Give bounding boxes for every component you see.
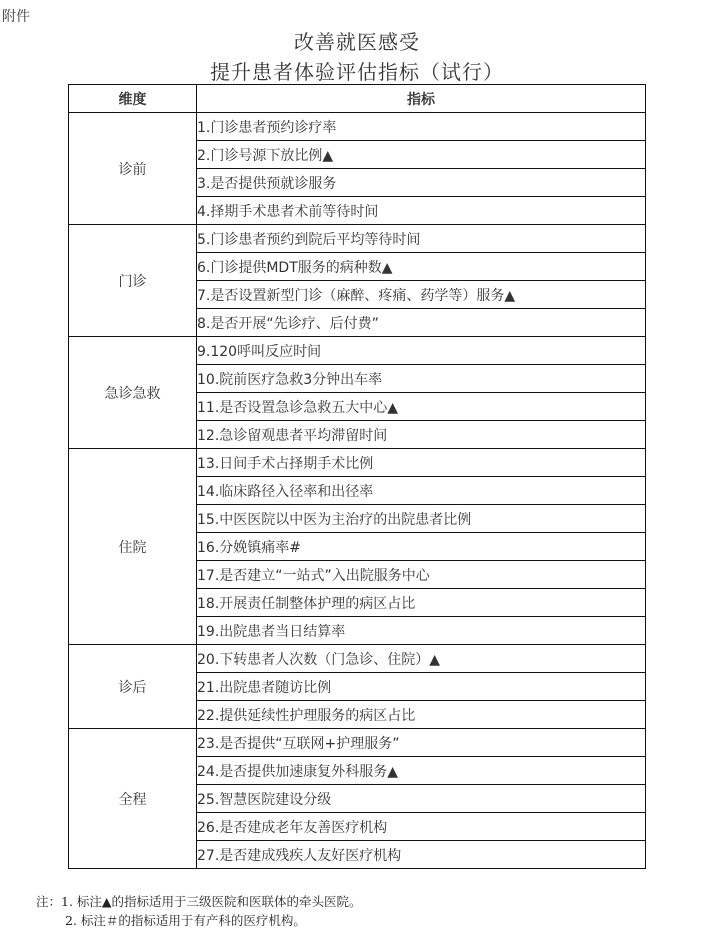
table-row: 住院 13.日间手术占择期手术比例 <box>69 449 646 477</box>
indicator-cell: 2.门诊号源下放比例▲ <box>197 141 646 169</box>
indicator-cell: 11.是否设置急诊急救五大中心▲ <box>197 393 646 421</box>
indicator-cell: 14.临床路径入径率和出径率 <box>197 477 646 505</box>
indicator-cell: 7.是否设置新型门诊（麻醉、疼痛、药学等）服务▲ <box>197 281 646 309</box>
dimension-cell: 住院 <box>69 449 197 645</box>
dimension-cell: 诊后 <box>69 645 197 729</box>
indicator-cell: 3.是否提供预就诊服务 <box>197 169 646 197</box>
indicator-cell: 23.是否提供“互联网+护理服务” <box>197 729 646 757</box>
indicator-cell: 6.门诊提供MDT服务的病种数▲ <box>197 253 646 281</box>
table-row: 全程 23.是否提供“互联网+护理服务” <box>69 729 646 757</box>
indicator-cell: 8.是否开展“先诊疗、后付费” <box>197 309 646 337</box>
indicator-cell: 21.出院患者随访比例 <box>197 673 646 701</box>
indicator-cell: 12.急诊留观患者平均滞留时间 <box>197 421 646 449</box>
indicator-cell: 27.是否建成残疾人友好医疗机构 <box>197 841 646 869</box>
header-indicator: 指标 <box>197 85 646 113</box>
dimension-cell: 门诊 <box>69 225 197 337</box>
indicator-cell: 13.日间手术占择期手术比例 <box>197 449 646 477</box>
footnotes: 注：1. 标注▲的指标适用于三级医院和医联体的牵头医院。 2. 标注＃的指标适用… <box>36 892 362 930</box>
indicator-cell: 15.中医医院以中医为主治疗的出院患者比例 <box>197 505 646 533</box>
footnote-2: 2. 标注＃的指标适用于有产科的医疗机构。 <box>36 911 362 930</box>
indicator-cell: 22.提供延续性护理服务的病区占比 <box>197 701 646 729</box>
indicator-cell: 5.门诊患者预约到院后平均等待时间 <box>197 225 646 253</box>
document-title-line1: 改善就医感受 <box>0 26 714 55</box>
indicator-cell: 25.智慧医院建设分级 <box>197 785 646 813</box>
dimension-cell: 诊前 <box>69 113 197 225</box>
header-dimension: 维度 <box>69 85 197 113</box>
indicator-cell: 4.择期手术患者术前等待时间 <box>197 197 646 225</box>
indicator-cell: 9.120呼叫反应时间 <box>197 337 646 365</box>
indicator-cell: 17.是否建立“一站式”入出院服务中心 <box>197 561 646 589</box>
indicator-cell: 19.出院患者当日结算率 <box>197 617 646 645</box>
dimension-cell: 急诊急救 <box>69 337 197 449</box>
indicator-cell: 1.门诊患者预约诊疗率 <box>197 113 646 141</box>
document-title-line2: 提升患者体验评估指标（试行） <box>0 56 714 85</box>
table-row: 诊后 20.下转患者人次数（门急诊、住院）▲ <box>69 645 646 673</box>
indicator-table: 维度 指标 诊前 1.门诊患者预约诊疗率 2.门诊号源下放比例▲ 3.是否提供预… <box>68 84 646 869</box>
table-row: 急诊急救 9.120呼叫反应时间 <box>69 337 646 365</box>
indicator-cell: 18.开展责任制整体护理的病区占比 <box>197 589 646 617</box>
table-row: 诊前 1.门诊患者预约诊疗率 <box>69 113 646 141</box>
indicator-cell: 26.是否建成老年友善医疗机构 <box>197 813 646 841</box>
table-header-row: 维度 指标 <box>69 85 646 113</box>
table-row: 门诊 5.门诊患者预约到院后平均等待时间 <box>69 225 646 253</box>
attachment-label: 附件 <box>2 6 30 26</box>
indicator-cell: 10.院前医疗急救3分钟出车率 <box>197 365 646 393</box>
indicator-cell: 20.下转患者人次数（门急诊、住院）▲ <box>197 645 646 673</box>
indicator-cell: 24.是否提供加速康复外科服务▲ <box>197 757 646 785</box>
indicator-cell: 16.分娩镇痛率# <box>197 533 646 561</box>
footnote-1: 注：1. 标注▲的指标适用于三级医院和医联体的牵头医院。 <box>36 892 362 911</box>
dimension-cell: 全程 <box>69 729 197 869</box>
